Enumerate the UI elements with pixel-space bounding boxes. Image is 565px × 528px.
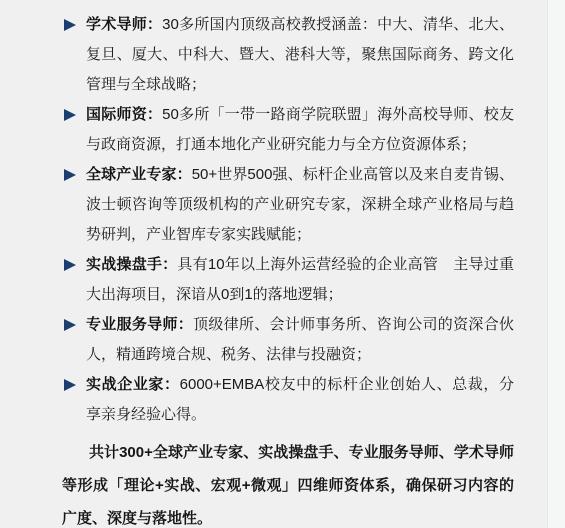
bullet-item-global-industry-experts: 全球产业专家：50+世界500强、标杆企业高管以及来自麦肯锡、波士顿咨询等顶级机…: [62, 160, 514, 250]
bullet-label: 学术导师：: [86, 16, 162, 33]
play-triangle-icon: [64, 259, 76, 271]
faculty-summary-paragraph: 共计300+全球产业专家、实战操盘手、专业服务导师、学术导师等形成「理论+实战、…: [62, 436, 514, 528]
bullet-item-hands-on-operators: 实战操盘手：具有10年以上海外运营经验的企业高管 主导过重大出海项目，深谙从0到…: [62, 250, 514, 310]
bullet-item-international-faculty: 国际师资：50多所「一带一路商学院联盟」海外高校导师、校友与政商资源，打通本地化…: [62, 100, 514, 160]
bullet-text: 国际师资：50多所「一带一路商学院联盟」海外高校导师、校友与政商资源，打通本地化…: [86, 100, 514, 160]
bullet-label: 国际师资：: [86, 106, 162, 123]
bullet-text: 专业服务导师：顶级律所、会计师事务所、咨询公司的资深合伙人，精通跨境合规、税务、…: [86, 310, 514, 370]
play-triangle-icon: [64, 169, 76, 181]
page-right-edge: [547, 0, 565, 528]
bullet-text: 学术导师：30多所国内顶级高校教授涵盖：中大、清华、北大、复旦、厦大、中科大、暨…: [86, 10, 514, 100]
bullet-item-practicing-entrepreneurs: 实战企业家：6000+EMBA校友中的标杆企业创始人、总裁，分享亲身经验心得。: [62, 370, 514, 430]
play-triangle-icon: [64, 379, 76, 391]
bullet-label: 全球产业专家：: [86, 166, 192, 183]
bullet-item-academic-mentors: 学术导师：30多所国内顶级高校教授涵盖：中大、清华、北大、复旦、厦大、中科大、暨…: [62, 10, 514, 100]
faculty-bullet-list: 学术导师：30多所国内顶级高校教授涵盖：中大、清华、北大、复旦、厦大、中科大、暨…: [62, 10, 514, 430]
bullet-text: 实战企业家：6000+EMBA校友中的标杆企业创始人、总裁，分享亲身经验心得。: [86, 370, 514, 430]
bullet-label: 实战操盘手：: [86, 256, 177, 273]
bullet-label: 专业服务导师：: [86, 316, 193, 333]
play-triangle-icon: [64, 109, 76, 121]
play-triangle-icon: [64, 19, 76, 31]
bullet-label: 实战企业家：: [86, 376, 180, 393]
bullet-text: 全球产业专家：50+世界500强、标杆企业高管以及来自麦肯锡、波士顿咨询等顶级机…: [86, 160, 514, 250]
bullet-text: 实战操盘手：具有10年以上海外运营经验的企业高管 主导过重大出海项目，深谙从0到…: [86, 250, 514, 310]
bullet-item-professional-service-mentors: 专业服务导师：顶级律所、会计师事务所、咨询公司的资深合伙人，精通跨境合规、税务、…: [62, 310, 514, 370]
faculty-section: 学术导师：30多所国内顶级高校教授涵盖：中大、清华、北大、复旦、厦大、中科大、暨…: [62, 10, 514, 528]
play-triangle-icon: [64, 319, 76, 331]
